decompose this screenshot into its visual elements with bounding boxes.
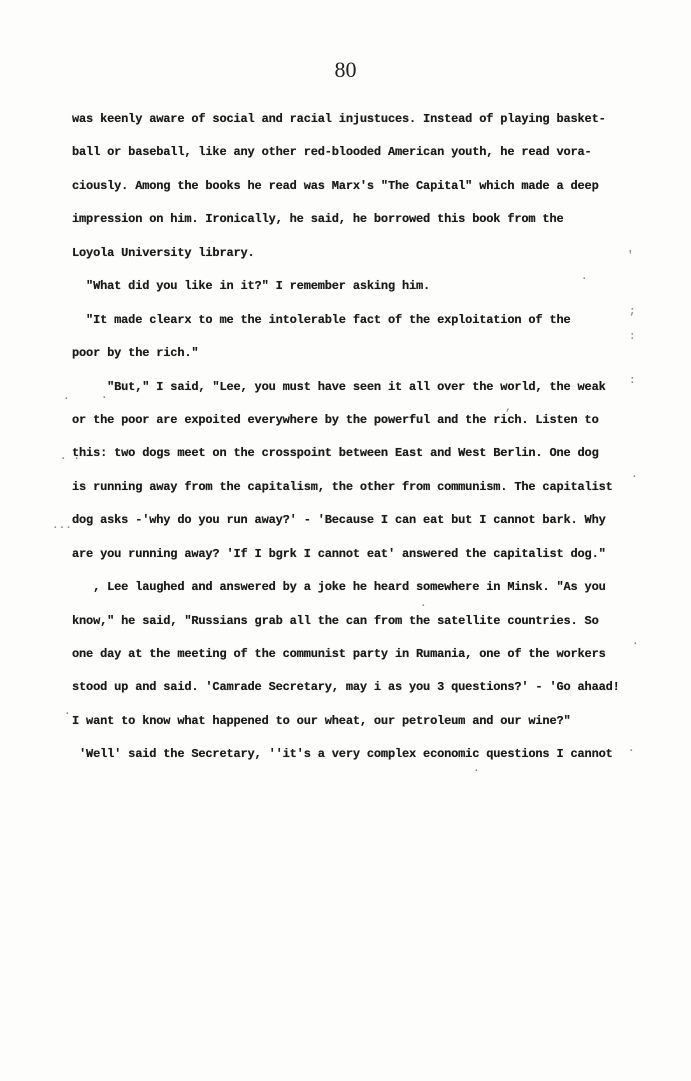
scanned-typewritten-page: 80 was keenly aware of social and racial… (0, 0, 691, 1081)
text-line: I want to know what happened to our whea… (72, 705, 620, 738)
scan-artifact-mark: ' (627, 250, 634, 262)
scan-artifact-mark: . (628, 743, 635, 755)
scan-artifact-mark: . (64, 706, 71, 718)
page-number: 80 (0, 57, 691, 83)
scan-artifact-mark: : (629, 331, 636, 343)
scan-artifact-mark: . (473, 763, 480, 775)
scan-artifact-mark: ; (629, 306, 636, 318)
scan-artifact-mark: . (101, 390, 108, 402)
text-line: "It made clearx to me the intolerable fa… (72, 304, 620, 337)
text-line: ciously. Among the books he read was Mar… (72, 170, 620, 203)
scan-artifact-mark: , (505, 402, 512, 414)
scan-artifact-mark: . (631, 469, 638, 481)
text-line: , Lee laughed and answered by a joke he … (72, 571, 620, 604)
text-line: is running away from the capitalism, the… (72, 471, 620, 504)
scan-artifact-mark: . (632, 636, 639, 648)
text-line: "What did you like in it?" I remember as… (72, 270, 620, 303)
text-line: poor by the rich." (72, 337, 620, 370)
scan-artifact-mark: . . (60, 451, 80, 463)
text-line: impression on him. Ironically, he said, … (72, 203, 620, 236)
text-line: this: two dogs meet on the crosspoint be… (72, 437, 620, 470)
scan-artifact-mark: . (63, 391, 70, 403)
typewritten-text-block: was keenly aware of social and racial in… (72, 103, 620, 772)
text-line: know," he said, "Russians grab all the c… (72, 605, 620, 638)
text-line: ball or baseball, like any other red-blo… (72, 136, 620, 169)
text-line: 'Well' said the Secretary, ''it's a very… (72, 738, 620, 771)
text-line: Loyola University library. (72, 237, 620, 270)
scan-artifact-mark: . (581, 271, 588, 283)
scan-artifact-mark: : (629, 375, 636, 387)
text-line: "But," I said, "Lee, you must have seen … (72, 371, 620, 404)
text-line: one day at the meeting of the communist … (72, 638, 620, 671)
text-line: stood up and said. 'Camrade Secretary, m… (72, 671, 620, 704)
scan-artifact-mark: . (420, 598, 427, 610)
text-line: was keenly aware of social and racial in… (72, 103, 620, 136)
text-line: or the poor are expoited everywhere by t… (72, 404, 620, 437)
text-line: are you running away? 'If I bgrk I canno… (72, 538, 620, 571)
text-line: dog asks -'why do you run away?' - 'Beca… (72, 504, 620, 537)
scan-artifact-mark: ... (52, 520, 72, 532)
